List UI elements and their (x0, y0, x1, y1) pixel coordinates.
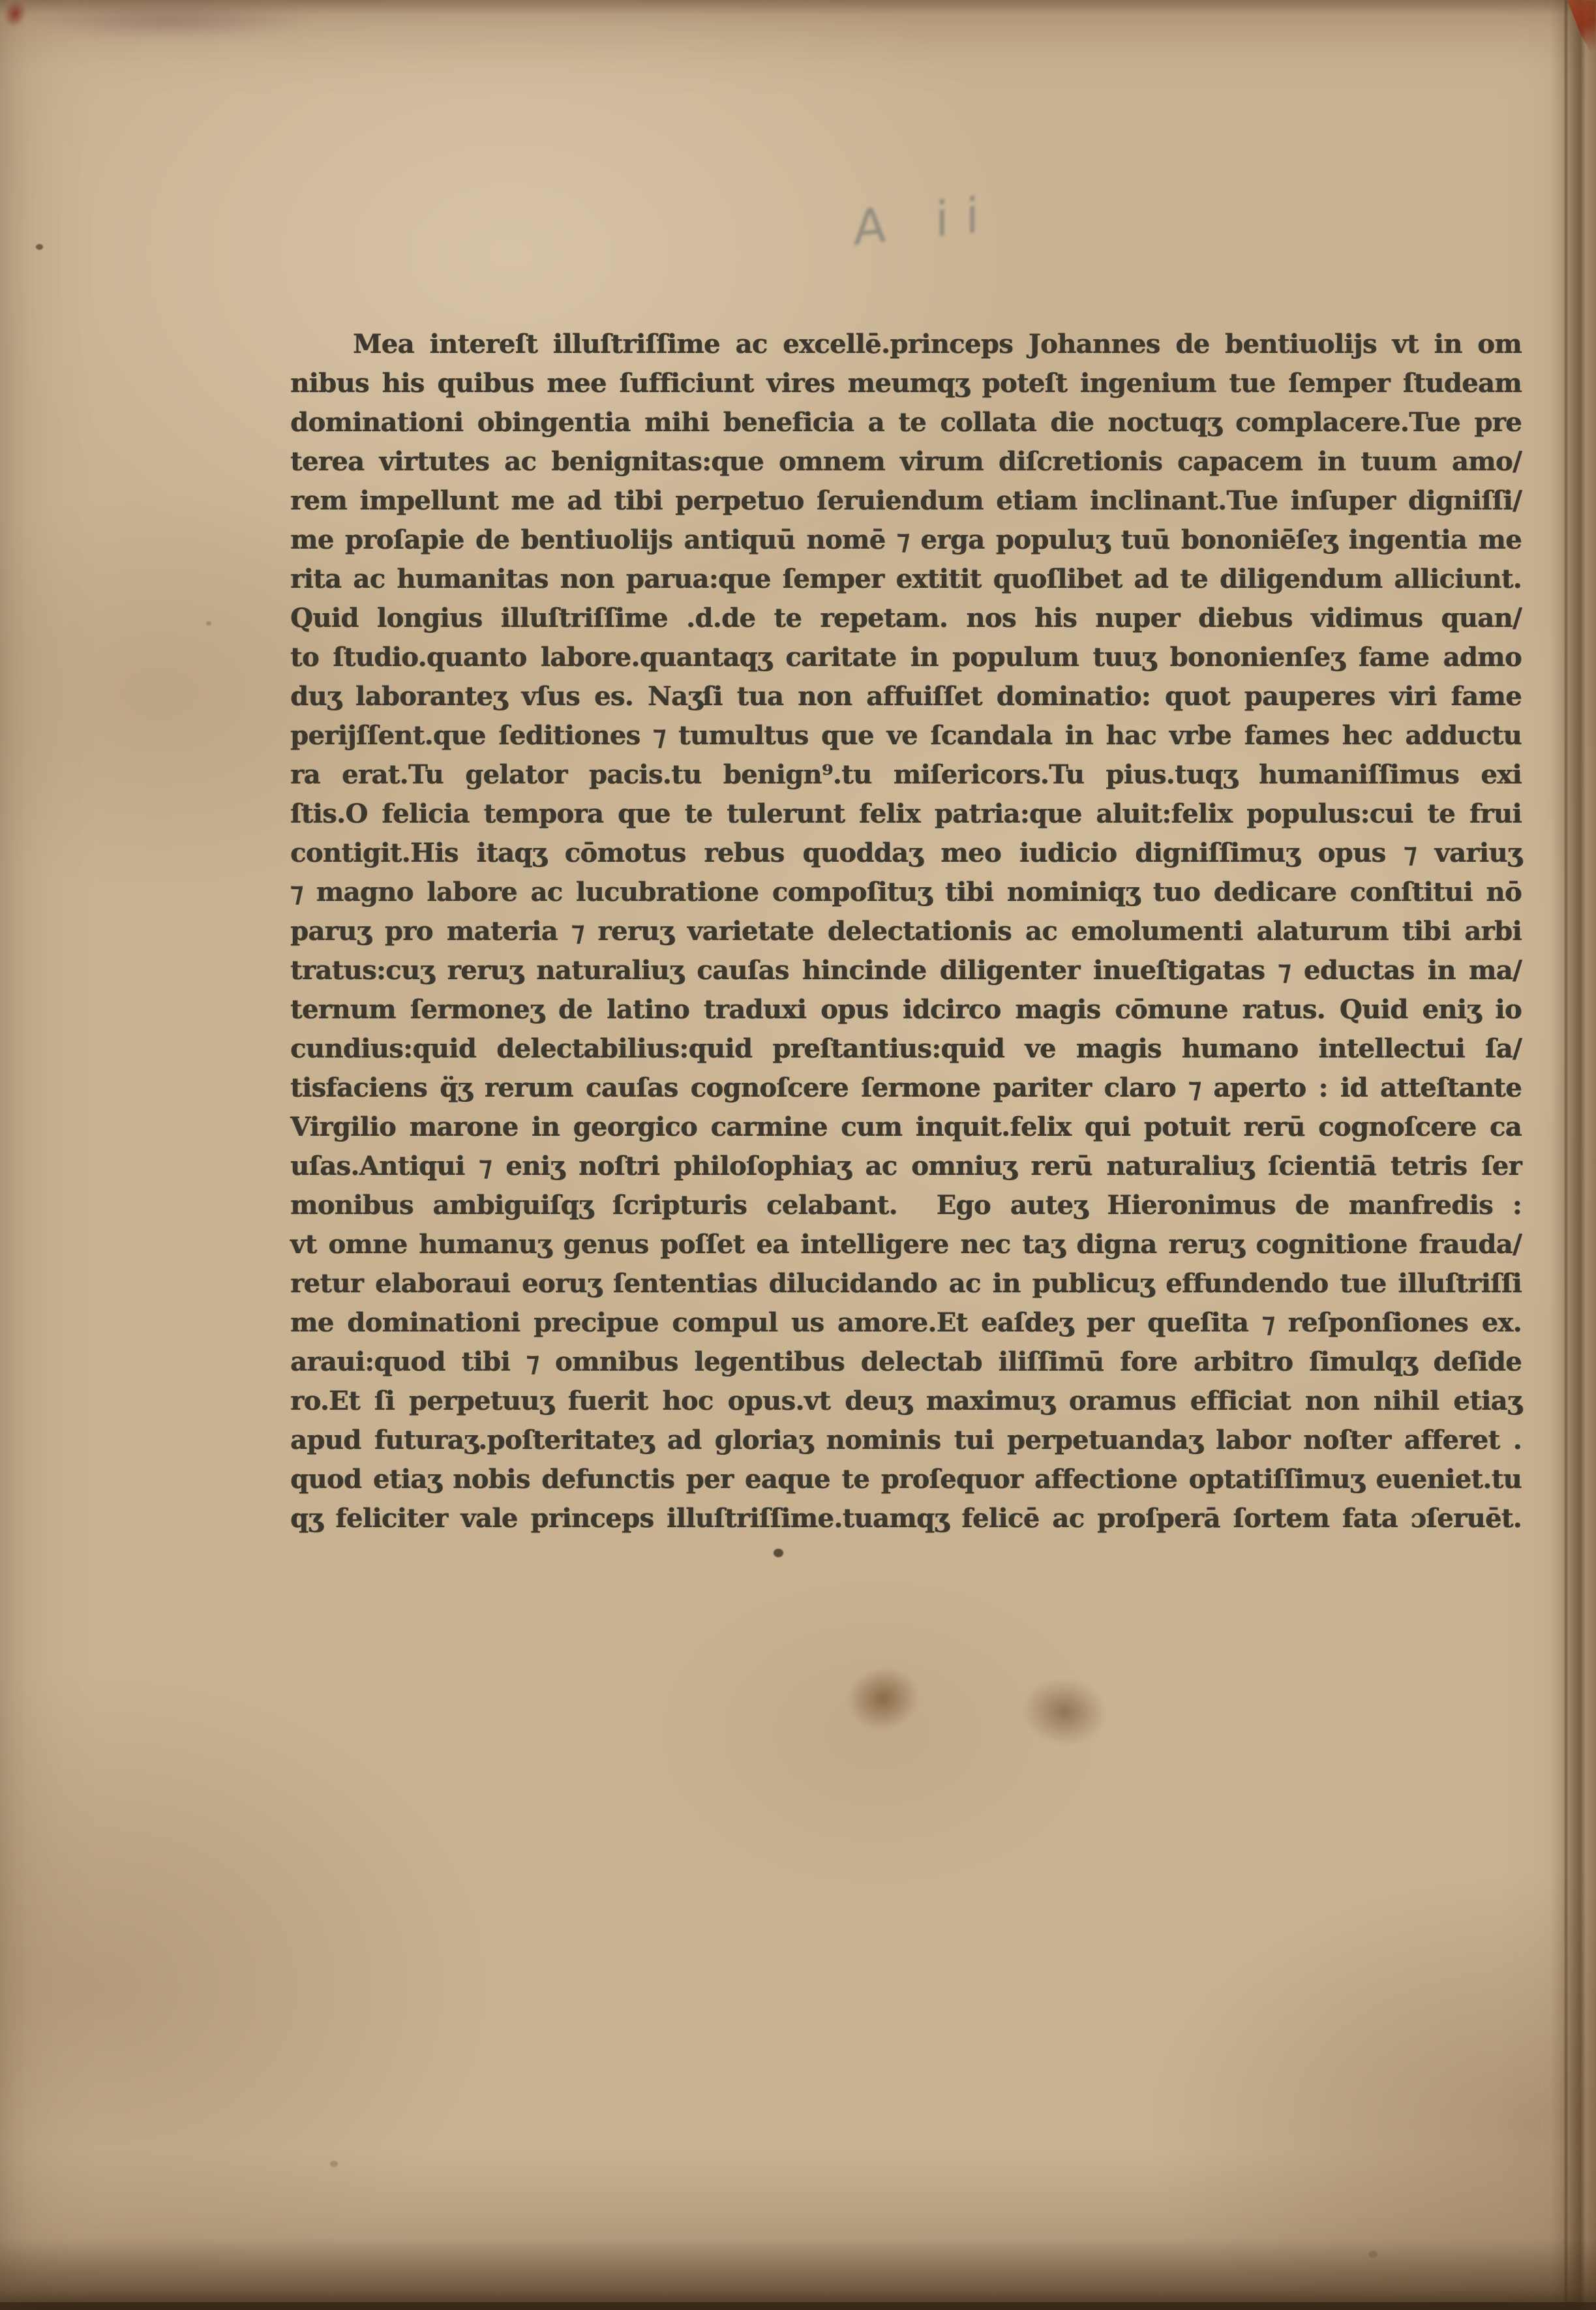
text-line: tisfaciens q̈ʒ rerum cauſas cognoſcere ſ… (290, 1069, 1522, 1108)
book-page: A ii Mea intereſt illuſtriſſime ac excel… (0, 0, 1596, 2310)
signature-mark: A ii (854, 185, 996, 256)
text-line: paruʒ pro materia ⁊ reruʒ varietate dele… (290, 912, 1522, 951)
paper-speck (36, 244, 43, 250)
text-line: terea virtutes ac benignitas:que omnem v… (290, 442, 1522, 481)
text-line: quod etiaʒ nobis defunctis per eaque te … (290, 1460, 1522, 1499)
paper-speck (1470, 462, 1476, 467)
text-line: araui:quod tibi ⁊ omnibus legentibus del… (290, 1343, 1522, 1382)
text-line: vt omne humanuʒ genus poſſet ea intellig… (290, 1225, 1522, 1264)
paper-speck (774, 1549, 783, 1557)
text-line: Mea intereſt illuſtriſſime ac excellē.pr… (290, 325, 1522, 364)
bottom-edge-line (0, 2302, 1596, 2310)
text-line: me dominationi precipue compul us amore.… (290, 1303, 1522, 1343)
fore-edge-line (1565, 0, 1567, 2310)
text-line: Quid longius illuſtriſſime .d.de te repe… (290, 599, 1522, 638)
text-line: tratus:cuʒ reruʒ naturaliuʒ cauſas hinci… (290, 951, 1522, 990)
text-line: rita ac humanitas non parua:que ſemper e… (290, 560, 1522, 599)
text-line: ſtis.O felicia tempora que te tulerunt f… (290, 795, 1522, 834)
text-line: dominationi obingentia mihi beneficia a … (290, 403, 1522, 442)
text-line: retur elaboraui eoruʒ ſententias dilucid… (290, 1264, 1522, 1303)
text-line: uſas.Antiqui ⁊ eniʒ noſtri philoſophiaʒ … (290, 1147, 1522, 1186)
dedication-text-block: Mea intereſt illuſtriſſime ac excellē.pr… (290, 325, 1522, 1538)
text-line: me proſapie de bentiuolijs antiquū nomē … (290, 521, 1522, 560)
text-line: ra erat.Tu gelator pacis.tu benign⁹.tu m… (290, 755, 1522, 795)
paper-speck (330, 2161, 338, 2167)
text-line: Virgilio marone in georgico carmine cum … (290, 1108, 1522, 1147)
text-line: monibus ambiguiſqʒ ſcripturis celabant. … (290, 1186, 1522, 1225)
text-line: ternum ſermoneʒ de latino traduxi opus i… (290, 990, 1522, 1029)
text-line: qʒ feliciter vale princeps illuſtriſſime… (290, 1499, 1522, 1538)
text-line: perijſſent.que ſeditiones ⁊ tumultus que… (290, 716, 1522, 755)
text-line: to ſtudio.quanto labore.quantaqʒ caritat… (290, 638, 1522, 677)
text-line: ro.Et ſi perpetuuʒ fuerit hoc opus.vt de… (290, 1382, 1522, 1421)
page-fore-edge (1550, 0, 1596, 2310)
ink-blot (841, 1660, 926, 1737)
text-line: apud futuraʒ.poſteritateʒ ad gloriaʒ nom… (290, 1421, 1522, 1460)
text-line: duʒ laboranteʒ vſus es. Naʒſi tua non af… (290, 677, 1522, 716)
text-line: ⁊ magno labore ac lucubratione compoſitu… (290, 873, 1522, 912)
ink-blot (1017, 1672, 1111, 1751)
text-line: nibus his quibus mee ſufficiunt vires me… (290, 364, 1522, 403)
text-line: contigit.His itaqʒ cōmotus rebus quoddaʒ… (290, 834, 1522, 873)
bottom-edge-shadow (0, 2238, 1596, 2310)
top-edge-smudge (30, 0, 310, 39)
text-line: cundius:quid delectabilius:quid preſtant… (290, 1029, 1522, 1069)
text-line: rem impellunt me ad tibi perpetuo ſeruie… (290, 481, 1522, 521)
paper-speck (206, 621, 211, 626)
